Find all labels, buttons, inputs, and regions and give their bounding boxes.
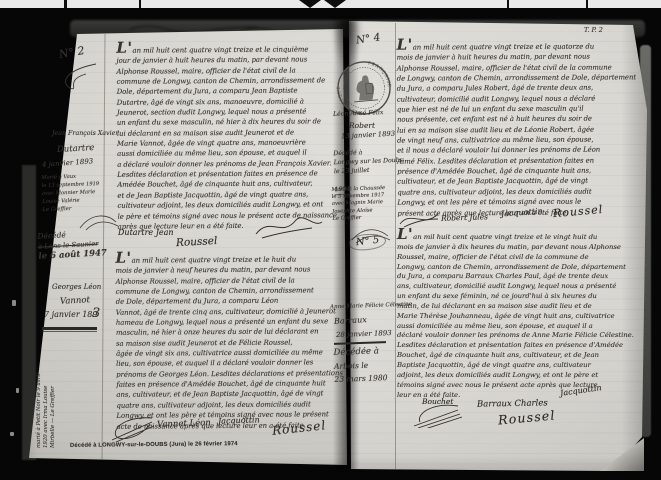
handwriting-line: 1920 avec Irma Louise	[43, 330, 50, 448]
handwriting-line: marié à Petit Noir le 9 avril	[36, 330, 43, 448]
act-body: L'an mil huit cent quatre vingt treize e…	[115, 251, 337, 431]
signature-flourish	[252, 214, 326, 240]
handwriting-line: Marie Thérèse Jouhanneau, âgée de vingt …	[397, 312, 630, 322]
margin-name: Jean François Xavier	[52, 130, 118, 137]
film-frame-arrow-icon	[299, 0, 321, 8]
handwriting-line: L'an mil huit cent quatre vingt treize e…	[397, 38, 630, 53]
handwriting-line: et il nous a déclaré vouloir lui donner …	[397, 145, 630, 157]
film-strip	[0, 0, 661, 8]
signature-flourish	[56, 62, 108, 92]
margin-name: Georges Léon	[52, 283, 101, 291]
handwriting-line: mois de janvier à dix heures du matin, p…	[397, 243, 630, 253]
signature: Vannet Léon	[157, 418, 211, 430]
handwriting-line: masculin, né hier à onze heures du soir …	[116, 327, 337, 339]
handwriting-line: un enfant du sexe féminin, né ce jourd'h…	[397, 292, 630, 302]
microfilm-scan: N° 2 Jean François Xavier Dutartre 4 jan…	[0, 0, 661, 480]
act-body: L'an mil huit cent quatre vingt treize e…	[116, 41, 337, 232]
handwriting-line: 23 mars 1980	[334, 371, 387, 386]
handwriting-line: le 23 juillet	[334, 165, 403, 176]
signature: Jacquottin	[218, 415, 260, 425]
act-number: 3	[92, 306, 100, 321]
vertical-marriage-note: marié à Petit Noir le 9 avril1920 avec I…	[36, 330, 57, 448]
handwriting-line: du Jura, a comparu Barraux Charles Paul,…	[397, 272, 630, 282]
handwriting-line: aussi domiciliée au même lieu, son épous…	[397, 322, 630, 332]
handwriting-line: commune de Longwy, canton de Chemin, arr…	[116, 285, 337, 297]
margin-name: Dutartre	[57, 143, 95, 155]
handwriting-line: matin, de lui déclarant en sa maison sis…	[397, 302, 630, 312]
signature: Bouchet	[422, 397, 453, 406]
signature: Roussel	[176, 235, 218, 249]
handwriting-line: Longwy, canton de Chemin, arrondissement…	[397, 263, 630, 273]
margin-name: Vannot	[60, 295, 90, 307]
act-body: L'an mil huit cent quatre vingt treize e…	[397, 38, 631, 218]
handwriting-line: Lesdites déclaration et présentation fai…	[397, 341, 630, 351]
act-body: L'an mil huit cent quatre vingt treize e…	[397, 230, 630, 400]
handwriting-line: L'an mil huit cent quatre vingt treize e…	[397, 230, 630, 243]
film-frame-marker	[139, 0, 141, 8]
margin-date: 7 janvier 189	[44, 310, 97, 319]
handwriting-line: cultivateur, domicilié audit Longwy, leq…	[397, 93, 630, 105]
marriage-note: Marié à Vauxle 13 septembre 1919avec Mon…	[41, 172, 100, 214]
film-frame-marker	[507, 0, 509, 8]
film-speck	[16, 388, 19, 393]
signature: Dutartre Jean	[118, 228, 174, 237]
signature: Robert Jules	[441, 212, 488, 223]
handwriting-line: déclaré vouloir donner les prénoms de An…	[397, 331, 630, 341]
film-frame-marker	[586, 0, 588, 8]
death-note: Décédéà Lons-le-Saunierle 6 août 1947	[37, 228, 107, 262]
handwriting-line: adjoint, les deux domiciliés audit Longw…	[397, 371, 630, 381]
handwriting-line: Bouchet, âgé de cinquante huit ans, cult…	[397, 351, 630, 361]
film-speck	[12, 300, 16, 306]
film-frame-arrow-icon	[324, 0, 346, 8]
margin-name: Robert	[349, 121, 375, 130]
handwriting-line: ans, cultivateur, domicilié audit Longwy…	[397, 282, 630, 292]
marriage-note: Marié à la Chausséele 5 novembre 1917ave…	[331, 185, 386, 223]
signature-flourish	[106, 414, 158, 442]
handwriting-line: de Longwy, canton de Chemin, arrondissem…	[397, 72, 630, 84]
folio-number: T. P. 2	[584, 26, 603, 34]
signature: Barraux Charles	[477, 398, 548, 409]
handwriting-line: Décédée à	[333, 345, 386, 360]
handwriting-line: Mirbelle — Le Greffier	[50, 330, 57, 448]
handwriting-line: mois de janvier à neuf heures du matin, …	[115, 265, 336, 277]
film-speck	[10, 432, 14, 436]
handwriting-line: Roussel, maire, officier de l'état civil…	[397, 253, 630, 263]
death-note: Décédée àArbois le23 mars 1980	[333, 345, 387, 386]
film-frame-marker	[64, 0, 67, 8]
handwriting-line: jour de janvier à huit heures du matin, …	[116, 55, 336, 67]
handwriting-line: un enfant du sexe masculin, né hier à di…	[117, 117, 337, 129]
handwriting-line: commune de Longwy, canton de Chemin, arr…	[117, 75, 337, 87]
handwriting-line: Baptiste Jacquottin, âgé de vingt quatre…	[397, 361, 630, 371]
margin-name: Barraux	[334, 315, 367, 326]
